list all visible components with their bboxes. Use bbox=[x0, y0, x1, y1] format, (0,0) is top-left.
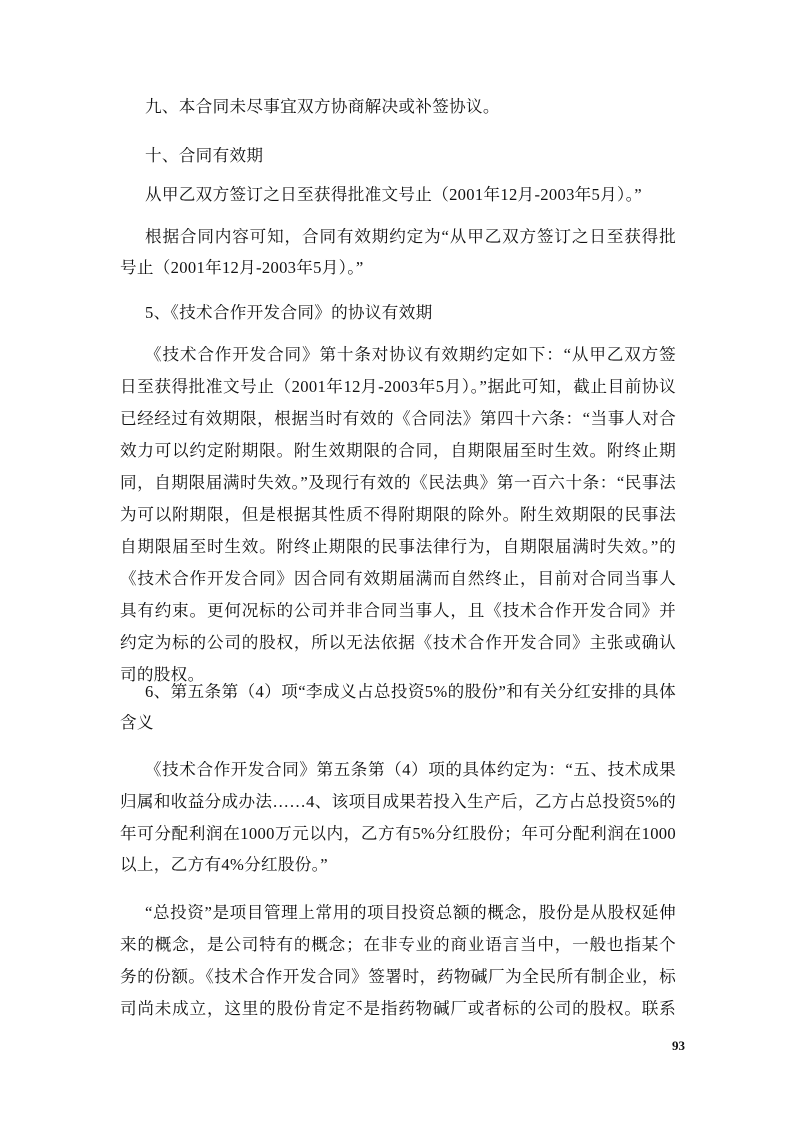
paragraph-line: 来的概念，是公司特有的概念；在非专业的商业语言当中，一般也指某个合伙事 bbox=[120, 935, 676, 955]
paragraph-line: 为可以附期限，但是根据其性质不得附期限的除外。附生效期限的民事法律行为， bbox=[120, 505, 676, 525]
paragraph-line: “总投资”是项目管理上常用的项目投资总额的概念，股份是从股权延伸出 bbox=[145, 903, 676, 923]
section-heading-6-cont: 含义 bbox=[120, 713, 676, 733]
clause-ten-text: 从甲乙双方签订之日至获得批准文号止（2001年12月-2003年5月）。” bbox=[145, 185, 676, 205]
section-heading-5: 5、《技术合作开发合同》的协议有效期 bbox=[145, 303, 676, 323]
paragraph-line: 号止（2001年12月-2003年5月）。” bbox=[120, 258, 676, 278]
paragraph-line: 年可分配利润在1000万元以内，乙方有5%分红股份；年可分配利润在1000万 bbox=[120, 824, 676, 844]
paragraph-line: 同，自期限届满时失效。”及现行有效的《民法典》第一百六十条：“民事法律行 bbox=[120, 473, 676, 493]
paragraph-line: 司尚未成立，这里的股份肯定不是指药物碱厂或者标的公司的股权。联系上下文 bbox=[120, 999, 676, 1019]
paragraph-line: 务的份额。《技术合作开发合同》签署时，药物碱厂为全民所有制企业，标的公 bbox=[120, 967, 676, 987]
paragraph-line: 效力可以约定附期限。附生效期限的合同，自期限届至时生效。附终止期限的合 bbox=[120, 441, 676, 461]
clause-ten-heading: 十、合同有效期 bbox=[145, 146, 676, 166]
paragraph-line: 已经经过有效期限，根据当时有效的《合同法》第四十六条：“当事人对合同的 bbox=[120, 409, 676, 429]
paragraph-line: 根据合同内容可知，合同有效期约定为“从甲乙双方签订之日至获得批准文 bbox=[145, 227, 676, 247]
section-heading-6: 6、第五条第（4）项“李成义占总投资5%的股份”和有关分红安排的具体 bbox=[145, 682, 676, 702]
paragraph-line: 约定为标的公司的股权，所以无法依据《技术合作开发合同》主张或确认标的公 bbox=[120, 633, 676, 653]
paragraph-line: 《技术合作开发合同》第十条对协议有效期约定如下：“从甲乙双方签订之 bbox=[145, 345, 676, 365]
paragraph-line: 《技术合作开发合同》第五条第（4）项的具体约定为：“五、技术成果的 bbox=[145, 760, 676, 780]
paragraph-line: 自期限届至时生效。附终止期限的民事法律行为，自期限届满时失效。”的规定， bbox=[120, 537, 676, 557]
paragraph-line: 具有约束。更何况标的公司并非合同当事人，且《技术合作开发合同》并未明确 bbox=[120, 601, 676, 621]
paragraph-line: 以上，乙方有4%分红股份。” bbox=[120, 855, 676, 875]
clause-nine: 九、本合同未尽事宜双方协商解决或补签协议。 bbox=[145, 97, 676, 117]
paragraph-line: 《技术合作开发合同》因合同有效期届满而自然终止，目前对合同当事人已经不 bbox=[120, 569, 676, 589]
document-page: 九、本合同未尽事宜双方协商解决或补签协议。 十、合同有效期 从甲乙双方签订之日至… bbox=[0, 0, 793, 1122]
page-number: 93 bbox=[660, 1038, 685, 1054]
paragraph-line: 日至获得批准文号止（2001年12月-2003年5月）。”据此可知，截止目前协议 bbox=[120, 377, 676, 397]
paragraph-line: 归属和收益分成办法……4、该项目成果若投入生产后，乙方占总投资5%的股份， bbox=[120, 792, 676, 812]
